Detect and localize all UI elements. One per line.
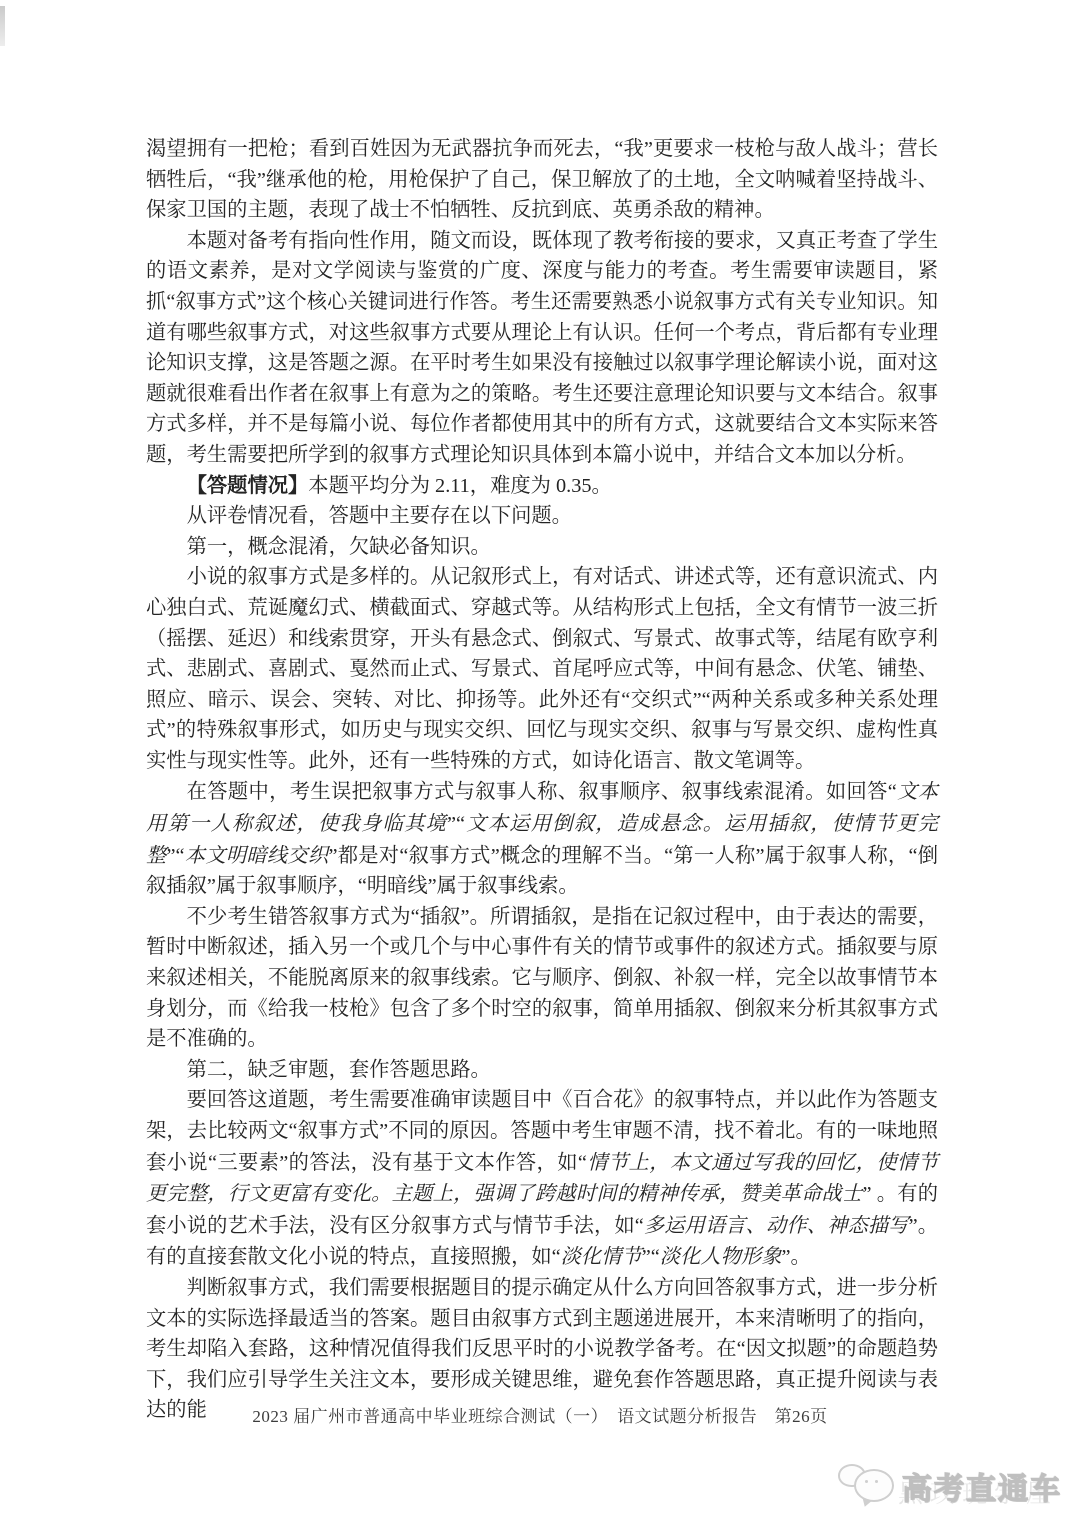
paragraph: 第二，缺乏审题，套作答题思路。 xyxy=(146,1055,938,1086)
text-segment: 多运用语言、动作、神态描写 xyxy=(644,1213,909,1237)
scan-smudge xyxy=(0,6,5,46)
text-segment: 不少考生错答叙事方式为“插叙”。所谓插叙，是指在记叙过程中，由于表达的需要，暂时… xyxy=(146,906,938,1050)
text-segment: 本题平均分为 2.11，难度为 0.35。 xyxy=(308,475,611,497)
text-segment: 淡化情节 xyxy=(561,1244,642,1268)
paragraph: 要回答这道题，考生需要准确审读题目中《百合花》的叙事特点，并以此作为答题支架，去… xyxy=(146,1085,938,1273)
wechat-chat-bubbles-icon xyxy=(838,1464,894,1510)
section-label: 【答题情况】 xyxy=(187,475,309,497)
document-page: 渴望拥有一把枪；看到百姓因为无武器抗争而死去，“我”更要求一枝枪与敌人战斗；营长… xyxy=(0,0,1080,1527)
page-footer: 2023 届广州市普通高中毕业班综合测试（一） 语文试题分析报告 第26页 xyxy=(0,1402,1080,1427)
text-segment: 判断叙事方式，我们需要根据题目的提示确定从什么方向回答叙事方式，进一步分析文本的… xyxy=(146,1277,938,1421)
paragraph: 不少考生错答叙事方式为“插叙”。所谓插叙，是指在记叙过程中，由于表达的需要，暂时… xyxy=(146,902,938,1055)
text-segment: 淡化人物形象 xyxy=(660,1244,782,1268)
paragraph: 【答题情况】本题平均分为 2.11，难度为 0.35。 xyxy=(146,471,938,502)
watermark: 黑玫瑰学屋 高考直通车 xyxy=(838,1456,1076,1522)
text-segment: 第一，概念混淆，欠缺必备知识。 xyxy=(187,536,491,558)
paragraph: 第一，概念混淆，欠缺必备知识。 xyxy=(146,532,938,563)
text-segment: 从评卷情况看，答题中主要存在以下问题。 xyxy=(187,505,572,527)
text-segment: 本题对备考有指向性作用，随文而设，既体现了教考衔接的要求，又真正考查了学生的语文… xyxy=(146,230,938,466)
watermark-front-text: 高考直通车 xyxy=(902,1464,1062,1508)
chat-bubble-big xyxy=(854,1469,894,1502)
paragraph: 从评卷情况看，答题中主要存在以下问题。 xyxy=(146,501,938,532)
text-segment: ”。 xyxy=(782,1246,811,1268)
text-segment: 第二，缺乏审题，套作答题思路。 xyxy=(187,1059,491,1081)
text-segment: ”“ xyxy=(447,813,465,835)
text-segment: 渴望拥有一把枪；看到百姓因为无武器抗争而死去，“我”更要求一枝枪与敌人战斗；营长… xyxy=(146,138,938,221)
text-segment: ”“ xyxy=(167,845,185,867)
paragraph: 本题对备考有指向性作用，随文而设，既体现了教考衔接的要求，又真正考查了学生的语文… xyxy=(146,226,938,471)
text-segment: 小说的叙事方式是多样的。从记叙形式上，有对话式、讲述式等，还有意识流式、内心独白… xyxy=(146,566,938,772)
paragraph: 渴望拥有一把枪；看到百姓因为无武器抗争而死去，“我”更要求一枝枪与敌人战斗；营长… xyxy=(146,134,938,226)
text-segment: 本文明暗线交织 xyxy=(185,843,329,867)
text-segment: ”“ xyxy=(642,1246,660,1268)
document-body: 渴望拥有一把枪；看到百姓因为无武器抗争而死去，“我”更要求一枝枪与敌人战斗；营长… xyxy=(146,134,938,1426)
paragraph: 在答题中，考生误把叙事方式与叙事人称、叙事顺序、叙事线索混淆。如回答“文本用第一… xyxy=(146,776,938,901)
paragraph: 小说的叙事方式是多样的。从记叙形式上，有对话式、讲述式等，还有意识流式、内心独白… xyxy=(146,562,938,776)
text-segment: 在答题中，考生误把叙事方式与叙事人称、叙事顺序、叙事线索混淆。如回答“ xyxy=(187,781,897,803)
